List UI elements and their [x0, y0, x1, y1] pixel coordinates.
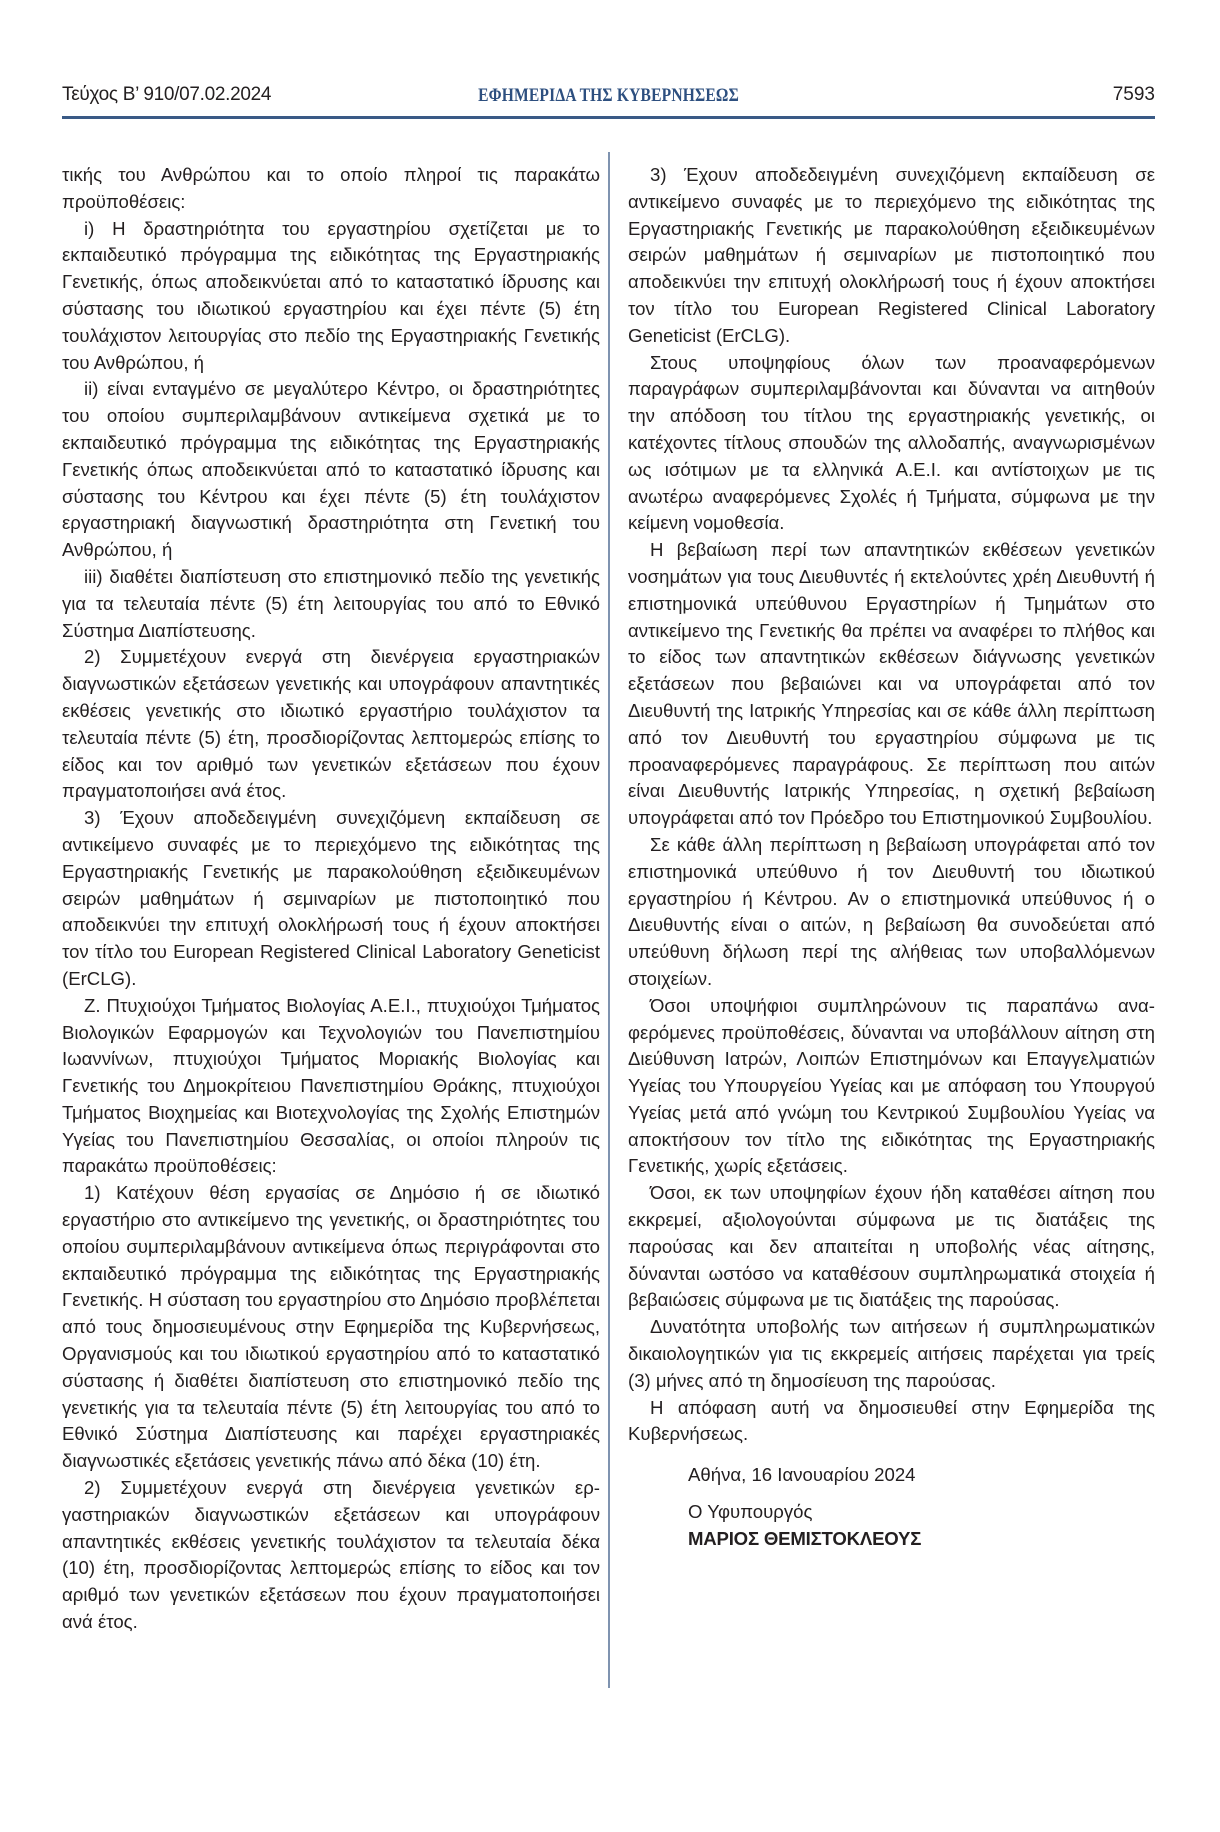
paragraph: Όσοι, εκ των υποψηφίων έχουν ήδη καταθέσ…	[628, 1180, 1155, 1314]
signature-place-date: Αθήνα, 16 Ιανουαρίου 2024	[688, 1462, 1155, 1489]
paragraph: 3) Έχουν αποδεδειγμένη συνεχιζόμενη εκπα…	[62, 805, 600, 993]
paragraph: Η απόφαση αυτή να δημοσιευθεί στην Εφημε…	[628, 1395, 1155, 1449]
paragraph: ii) είναι ενταγμένο σε μεγαλύτερο Κέντρο…	[62, 376, 600, 564]
paragraph: Η βεβαίωση περί των απαντητικών εκθέσεων…	[628, 537, 1155, 832]
page-number: 7593	[1113, 84, 1155, 106]
header-rule	[62, 116, 1155, 119]
gazette-title: ΕΦΗΜΕΡΙΔΑ ΤΗΣ ΚΥΒΕΡΝΗΣΕΩΣ	[160, 85, 1056, 107]
column-divider	[608, 152, 610, 1688]
paragraph: 1) Κατέχουν θέση εργασίας σε Δημόσιο ή σ…	[62, 1180, 600, 1475]
paragraph: Σε κάθε άλλη περίπτωση η βεβαίωση υπογρά…	[628, 832, 1155, 993]
paragraph: iii) διαθέτει διαπίστευση στο επιστημονι…	[62, 564, 600, 644]
page-header: Τεύχος Β’ 910/07.02.2024 ΕΦΗΜΕΡΙΔΑ ΤΗΣ Κ…	[62, 84, 1155, 114]
paragraph: 3) Έχουν αποδεδειγμένη συνεχιζόμενη εκπα…	[628, 162, 1155, 350]
left-column: τικής του Ανθρώπου και το οποίο πληροί τ…	[62, 162, 600, 1636]
paragraph: Δυνατότητα υποβολής των αιτήσεων ή συμπλ…	[628, 1314, 1155, 1394]
signature-role: Ο Υφυπουργός	[688, 1499, 1155, 1526]
paragraph: Στους υποψηφίους όλων των προαναφερόμενω…	[628, 350, 1155, 538]
paragraph: 2) Συμμετέχουν ενεργά στη διενέργεια εργ…	[62, 644, 600, 805]
paragraph: τικής του Ανθρώπου και το οποίο πληροί τ…	[62, 162, 600, 216]
signature-block: Αθήνα, 16 Ιανουαρίου 2024 Ο Υφυπουργός Μ…	[628, 1462, 1155, 1552]
signature-name: ΜΑΡΙΟΣ ΘΕΜΙΣΤΟΚΛΕΟΥΣ	[688, 1526, 1155, 1553]
paragraph: i) Η δραστηριότητα του εργαστηρίου σχετί…	[62, 216, 600, 377]
paragraph: Όσοι υποψήφιοι συμπληρώνουν τις παραπάνω…	[628, 993, 1155, 1181]
paragraph: 2) Συμμετέχουν ενεργά στη διενέργεια γεν…	[62, 1475, 600, 1636]
paragraph: Ζ. Πτυχιούχοι Τμήματος Βιολογίας Α.Ε.Ι.,…	[62, 993, 600, 1181]
right-column: 3) Έχουν αποδεδειγμένη συνεχιζόμενη εκπα…	[628, 162, 1155, 1553]
